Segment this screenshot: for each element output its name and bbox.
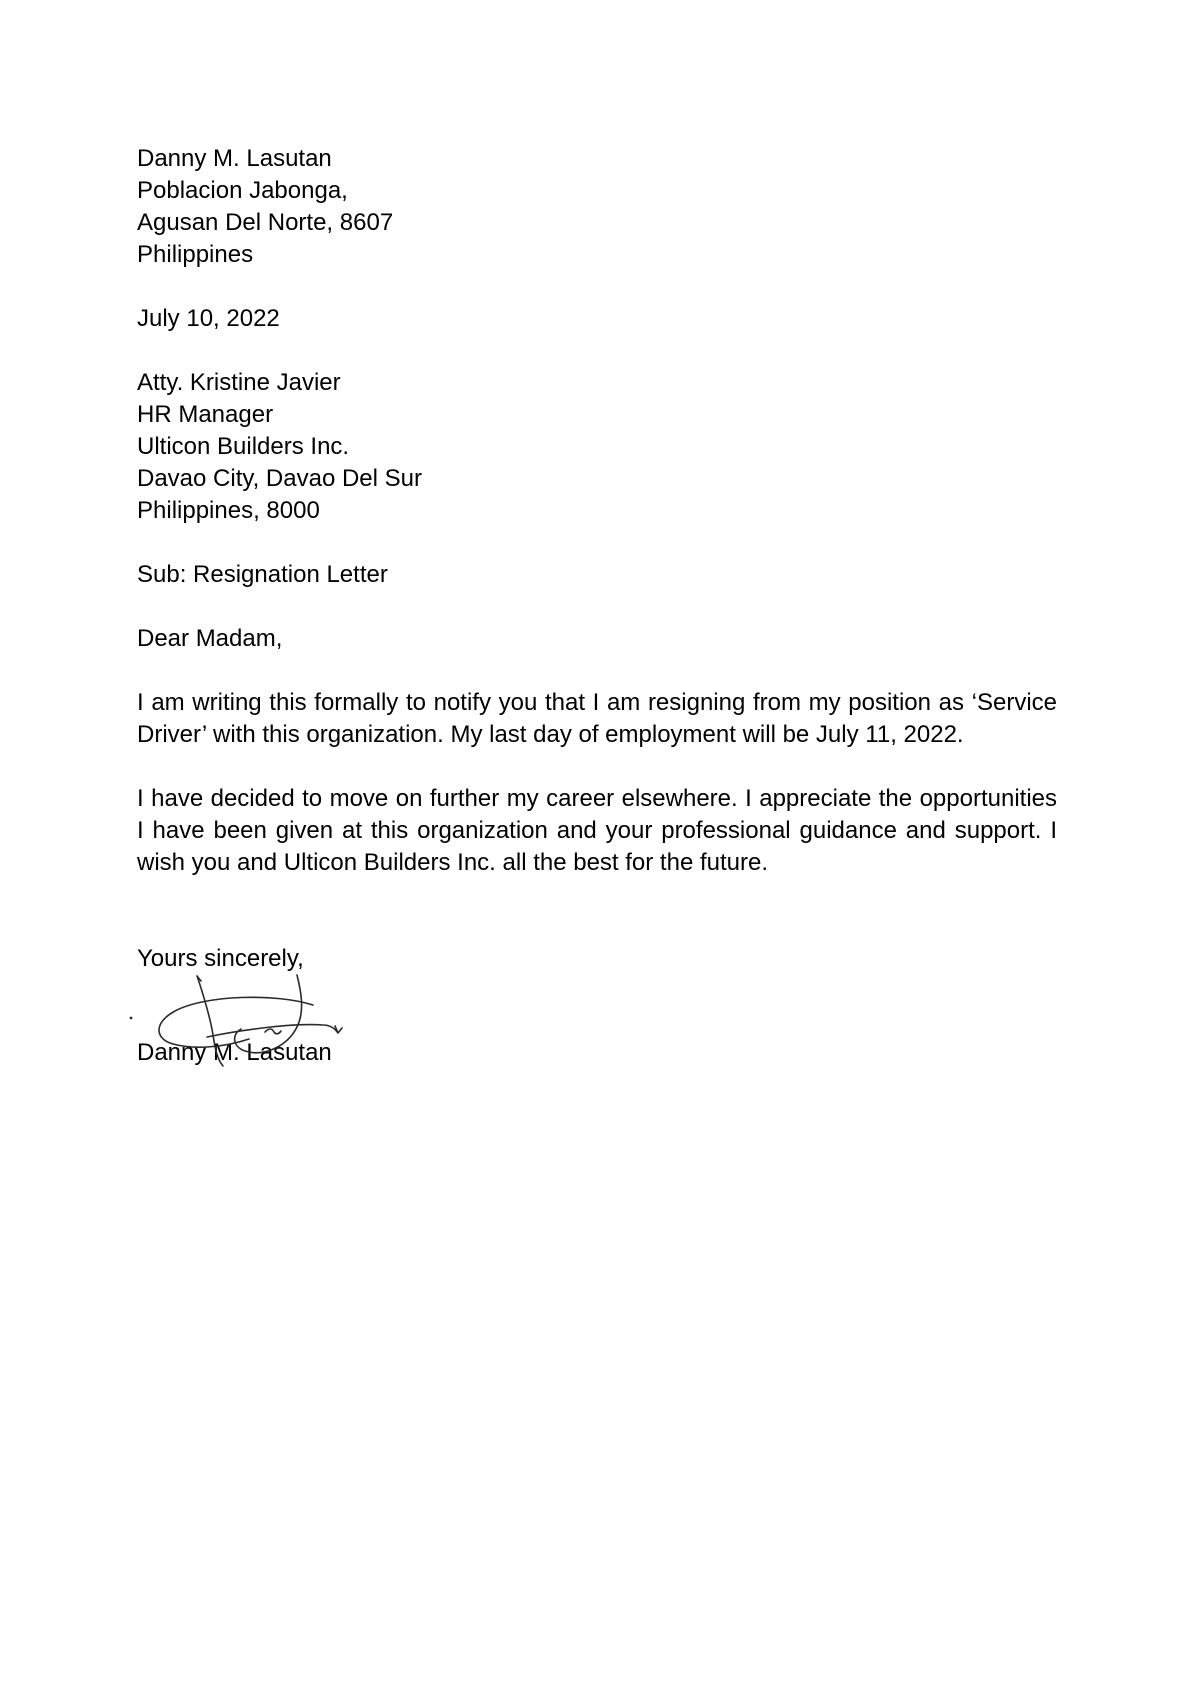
subject-line: Sub: Resignation Letter [137, 559, 1057, 591]
recipient-name: Atty. Kristine Javier [137, 367, 1057, 399]
body-paragraph-1: I am writing this formally to notify you… [137, 687, 1057, 751]
sender-name: Danny M. Lasutan [137, 143, 1057, 175]
signature-icon [145, 973, 370, 1075]
letter-page: Danny M. Lasutan Poblacion Jabonga, Agus… [0, 0, 1200, 1697]
salutation: Dear Madam, [137, 623, 1057, 655]
subject-text: Sub: Resignation Letter [137, 559, 1057, 591]
sender-address-block: Danny M. Lasutan Poblacion Jabonga, Agus… [137, 143, 1057, 271]
closing-block: Yours sincerely, Danny M. Lasutan [137, 943, 1057, 1069]
sender-address-line: Poblacion Jabonga, [137, 175, 1057, 207]
letter-content: Danny M. Lasutan Poblacion Jabonga, Agus… [137, 143, 1057, 1069]
closing-text: Yours sincerely, [137, 943, 1057, 975]
letter-date: July 10, 2022 [137, 303, 1057, 335]
recipient-title: HR Manager [137, 399, 1057, 431]
recipient-country: Philippines, 8000 [137, 495, 1057, 527]
recipient-company: Ulticon Builders Inc. [137, 431, 1057, 463]
recipient-address-block: Atty. Kristine Javier HR Manager Ulticon… [137, 367, 1057, 527]
body-paragraph-2: I have decided to move on further my car… [137, 783, 1057, 879]
recipient-address-line: Davao City, Davao Del Sur [137, 463, 1057, 495]
salutation-text: Dear Madam, [137, 623, 1057, 655]
sender-country: Philippines [137, 239, 1057, 271]
date-block: July 10, 2022 [137, 303, 1057, 335]
sender-address-line: Agusan Del Norte, 8607 [137, 207, 1057, 239]
